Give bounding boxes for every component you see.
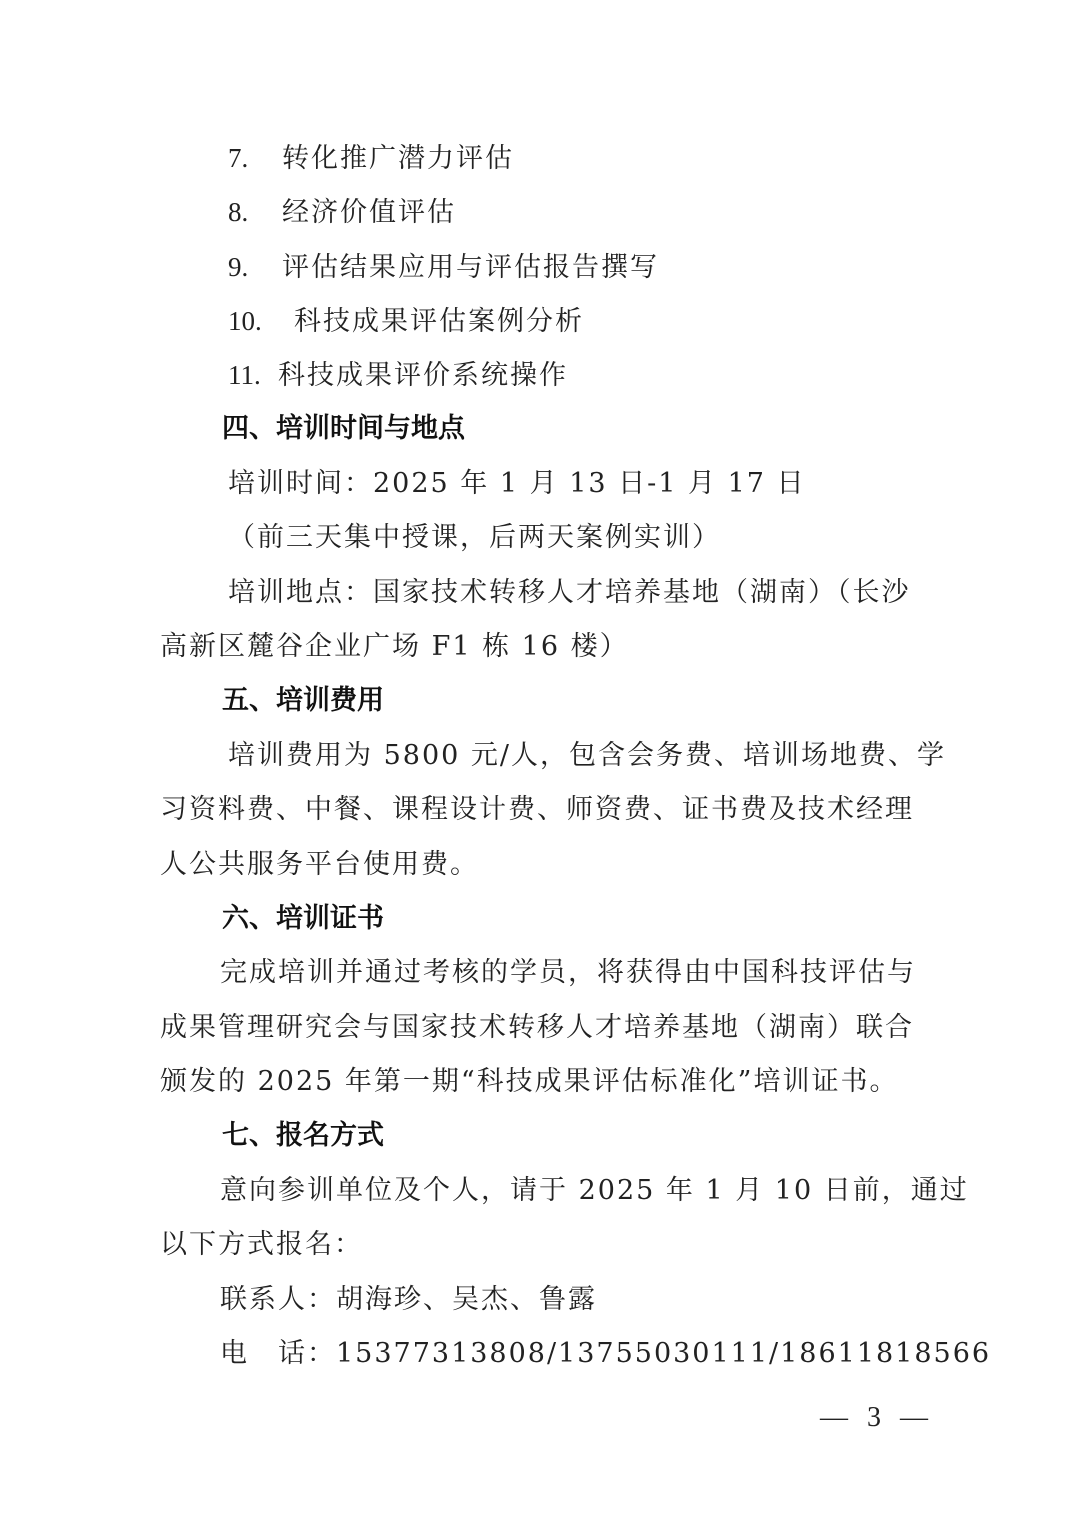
- course-item-label: 转化推广潜力评估: [282, 143, 514, 174]
- contact-phone: 电 话：15377313808/13755030111/18611818566: [220, 1337, 991, 1371]
- course-item-number: 8.: [228, 195, 282, 229]
- course-item-10: 10.科技成果评估案例分析: [228, 304, 584, 339]
- fees-line2: 习资料费、中餐、课程设计费、师资费、证书费及技术经理: [160, 793, 914, 827]
- certificate-line3: 颁发的 2025 年第一期“科技成果评估标准化”培训证书。: [160, 1065, 898, 1099]
- certificate-line1: 完成培训并通过考核的学员，将获得由中国科技评估与: [220, 956, 916, 990]
- course-item-label: 经济价值评估: [282, 197, 456, 228]
- training-time-note: （前三天集中授课，后两天案例实训）: [228, 521, 721, 555]
- contact-persons: 联系人：胡海珍、吴杰、鲁露: [220, 1283, 597, 1317]
- course-item-label: 科技成果评估案例分析: [294, 306, 584, 337]
- fees-line1: 培训费用为 5800 元/人，包含会务费、培训场地费、学: [228, 739, 946, 773]
- section-heading-time-location: 四、培训时间与地点: [222, 412, 465, 446]
- registration-line1: 意向参训单位及个人，请于 2025 年 1 月 10 日前，通过: [220, 1174, 969, 1208]
- training-time: 培训时间：2025 年 1 月 13 日-1 月 17 日: [228, 467, 806, 501]
- course-item-11: 11.科技成果评价系统操作: [228, 358, 568, 393]
- registration-line2: 以下方式报名：: [160, 1228, 363, 1262]
- course-item-8: 8.经济价值评估: [228, 195, 456, 230]
- course-item-number: 10.: [228, 304, 294, 338]
- course-item-label: 科技成果评价系统操作: [278, 360, 568, 391]
- course-item-label: 评估结果应用与评估报告撰写: [282, 252, 659, 283]
- course-item-7: 7.转化推广潜力评估: [228, 141, 514, 176]
- course-item-number: 7.: [228, 141, 282, 175]
- page-number: — 3 —: [820, 1402, 934, 1434]
- course-item-number: 9.: [228, 250, 282, 284]
- certificate-line2: 成果管理研究会与国家技术转移人才培养基地（湖南）联合: [160, 1011, 914, 1045]
- section-heading-registration: 七、报名方式: [222, 1119, 384, 1153]
- course-item-9: 9.评估结果应用与评估报告撰写: [228, 250, 659, 285]
- training-location-line1: 培训地点：国家技术转移人才培养基地（湖南）（长沙: [228, 576, 911, 610]
- section-heading-certificate: 六、培训证书: [222, 902, 384, 936]
- fees-line3: 人公共服务平台使用费。: [160, 848, 479, 882]
- course-item-number: 11.: [228, 358, 278, 392]
- training-location-line2: 高新区麓谷企业广场 F1 栋 16 楼）: [160, 630, 629, 664]
- section-heading-fees: 五、培训费用: [222, 684, 384, 718]
